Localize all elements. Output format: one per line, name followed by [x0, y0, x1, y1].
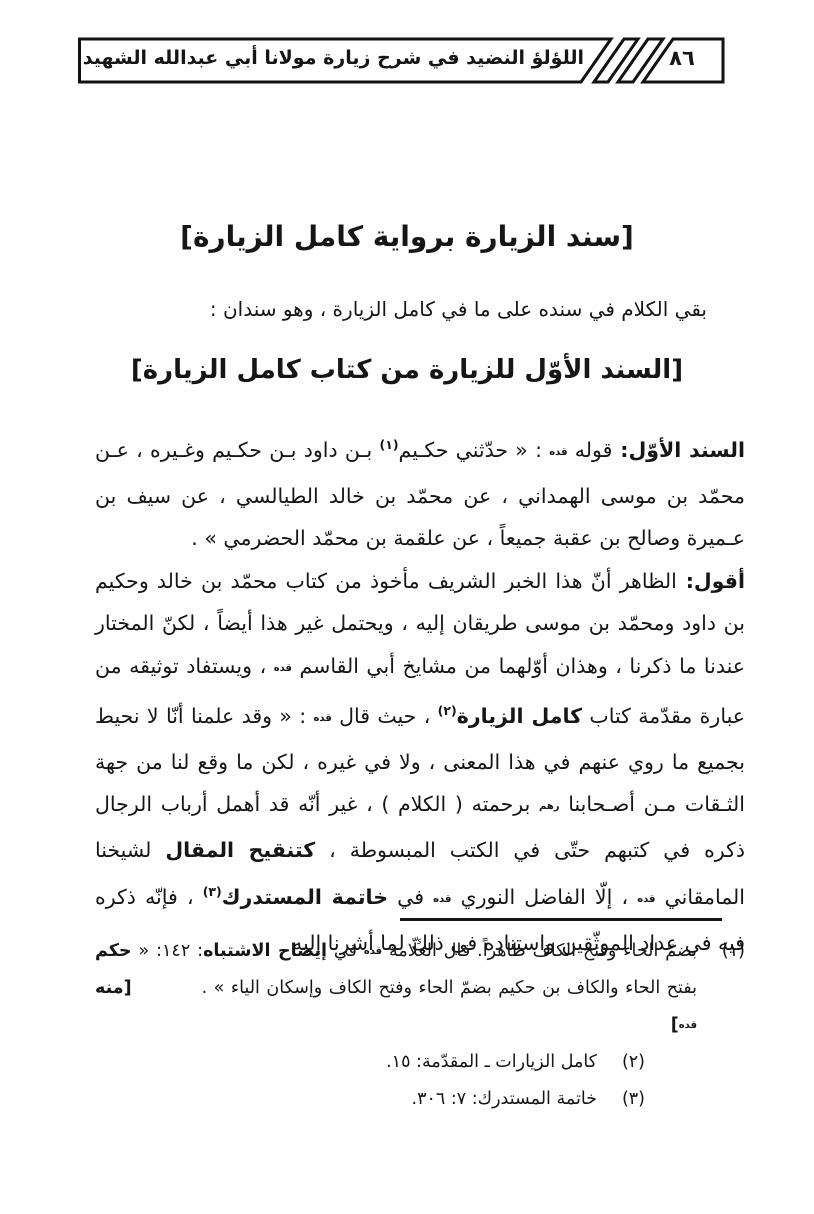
book-page: اللؤلؤ النضيد في شرح زيارة مولانا أبي عب…	[0, 0, 814, 1214]
text-run: ، حيث قال	[332, 704, 438, 728]
honorific-icon: قده	[637, 894, 655, 905]
page-header-ribbon: اللؤلؤ النضيد في شرح زيارة مولانا أبي عب…	[78, 37, 726, 84]
text-run: كامل الزيارة	[457, 704, 582, 728]
text-run: أقول:	[677, 569, 745, 593]
text-run: حكم	[95, 941, 132, 961]
text-run: في	[388, 885, 433, 909]
book-title: اللؤلؤ النضيد في شرح زيارة مولانا أبي عب…	[92, 47, 584, 69]
honorific-icon: قده	[433, 894, 451, 905]
honorific-icon: رهم	[539, 801, 560, 812]
text-run: إيضاح الاشتباه	[203, 941, 327, 961]
body-text: السند الأوّل: قوله قده : « حدّثني حكـيم(…	[95, 424, 745, 964]
footnote-ref: (١)	[379, 437, 398, 452]
text-run: : « حدّثني حكـيم	[399, 438, 550, 462]
footnote-marker: (٣)	[597, 1081, 645, 1118]
section-heading: [سند الزيارة برواية كامل الزيارة]	[0, 220, 814, 253]
intro-line: بقي الكلام في سنده على ما في كامل الزيار…	[95, 297, 745, 321]
text-run: : ١٤٢: «	[132, 941, 204, 961]
honorific-icon: قده	[549, 447, 567, 458]
text-run: خاتمة المستدرك	[222, 885, 388, 909]
footnote-separator	[400, 918, 722, 921]
text-run: السند الأوّل:	[612, 438, 745, 462]
text-run: خاتمة المستدرك: ٧: ٣٠٦.	[412, 1089, 597, 1109]
footnote-ref: (٢)	[438, 703, 457, 718]
text-run: ، إلّا الفاضل النوري	[451, 885, 637, 909]
text-run: كتنقيح المقال	[165, 838, 315, 862]
footnote-item: (٢)كامل الزيارات ـ المقدّمة: ١٥.	[95, 1044, 645, 1081]
subsection-heading: [السند الأوّل للزيارة من كتاب كامل الزيا…	[0, 355, 814, 385]
text-run: بضمّ الحاء وفتح الكاف ظاهراً. قال العلّا…	[382, 941, 697, 961]
body-paragraph: السند الأوّل: قوله قده : « حدّثني حكـيم(…	[95, 424, 745, 560]
page-number: ٨٦	[643, 46, 721, 70]
honorific-icon: قده	[314, 713, 332, 724]
footnote-marker: (١)	[697, 933, 745, 970]
footnote-item: (٣)خاتمة المستدرك: ٧: ٣٠٦.	[95, 1081, 645, 1118]
footnote-ref: (٣)	[203, 884, 222, 899]
body-paragraph: أقول: الظاهر أنّ هذا الخبر الشريف مأخوذ …	[95, 560, 745, 965]
footnote-marker: (٢)	[597, 1044, 645, 1081]
honorific-icon: قده	[679, 1020, 697, 1031]
text-run: ]	[671, 1015, 679, 1035]
text-run: بفتح الحاء والكاف بن حكيم بضمّ الحاء وفت…	[202, 978, 697, 998]
text-run: كامل الزيارات ـ المقدّمة: ١٥.	[386, 1052, 597, 1072]
footnotes: (١)بضمّ الحاء وفتح الكاف ظاهراً. قال الع…	[95, 933, 745, 1118]
honorific-icon: قده	[274, 663, 292, 674]
text-run: في	[327, 941, 364, 961]
honorific-icon: قده	[364, 946, 382, 957]
text-run: [منه	[95, 978, 132, 998]
text-run: قوله	[568, 438, 613, 462]
footnote-item: (١)بضمّ الحاء وفتح الكاف ظاهراً. قال الع…	[95, 933, 745, 1044]
